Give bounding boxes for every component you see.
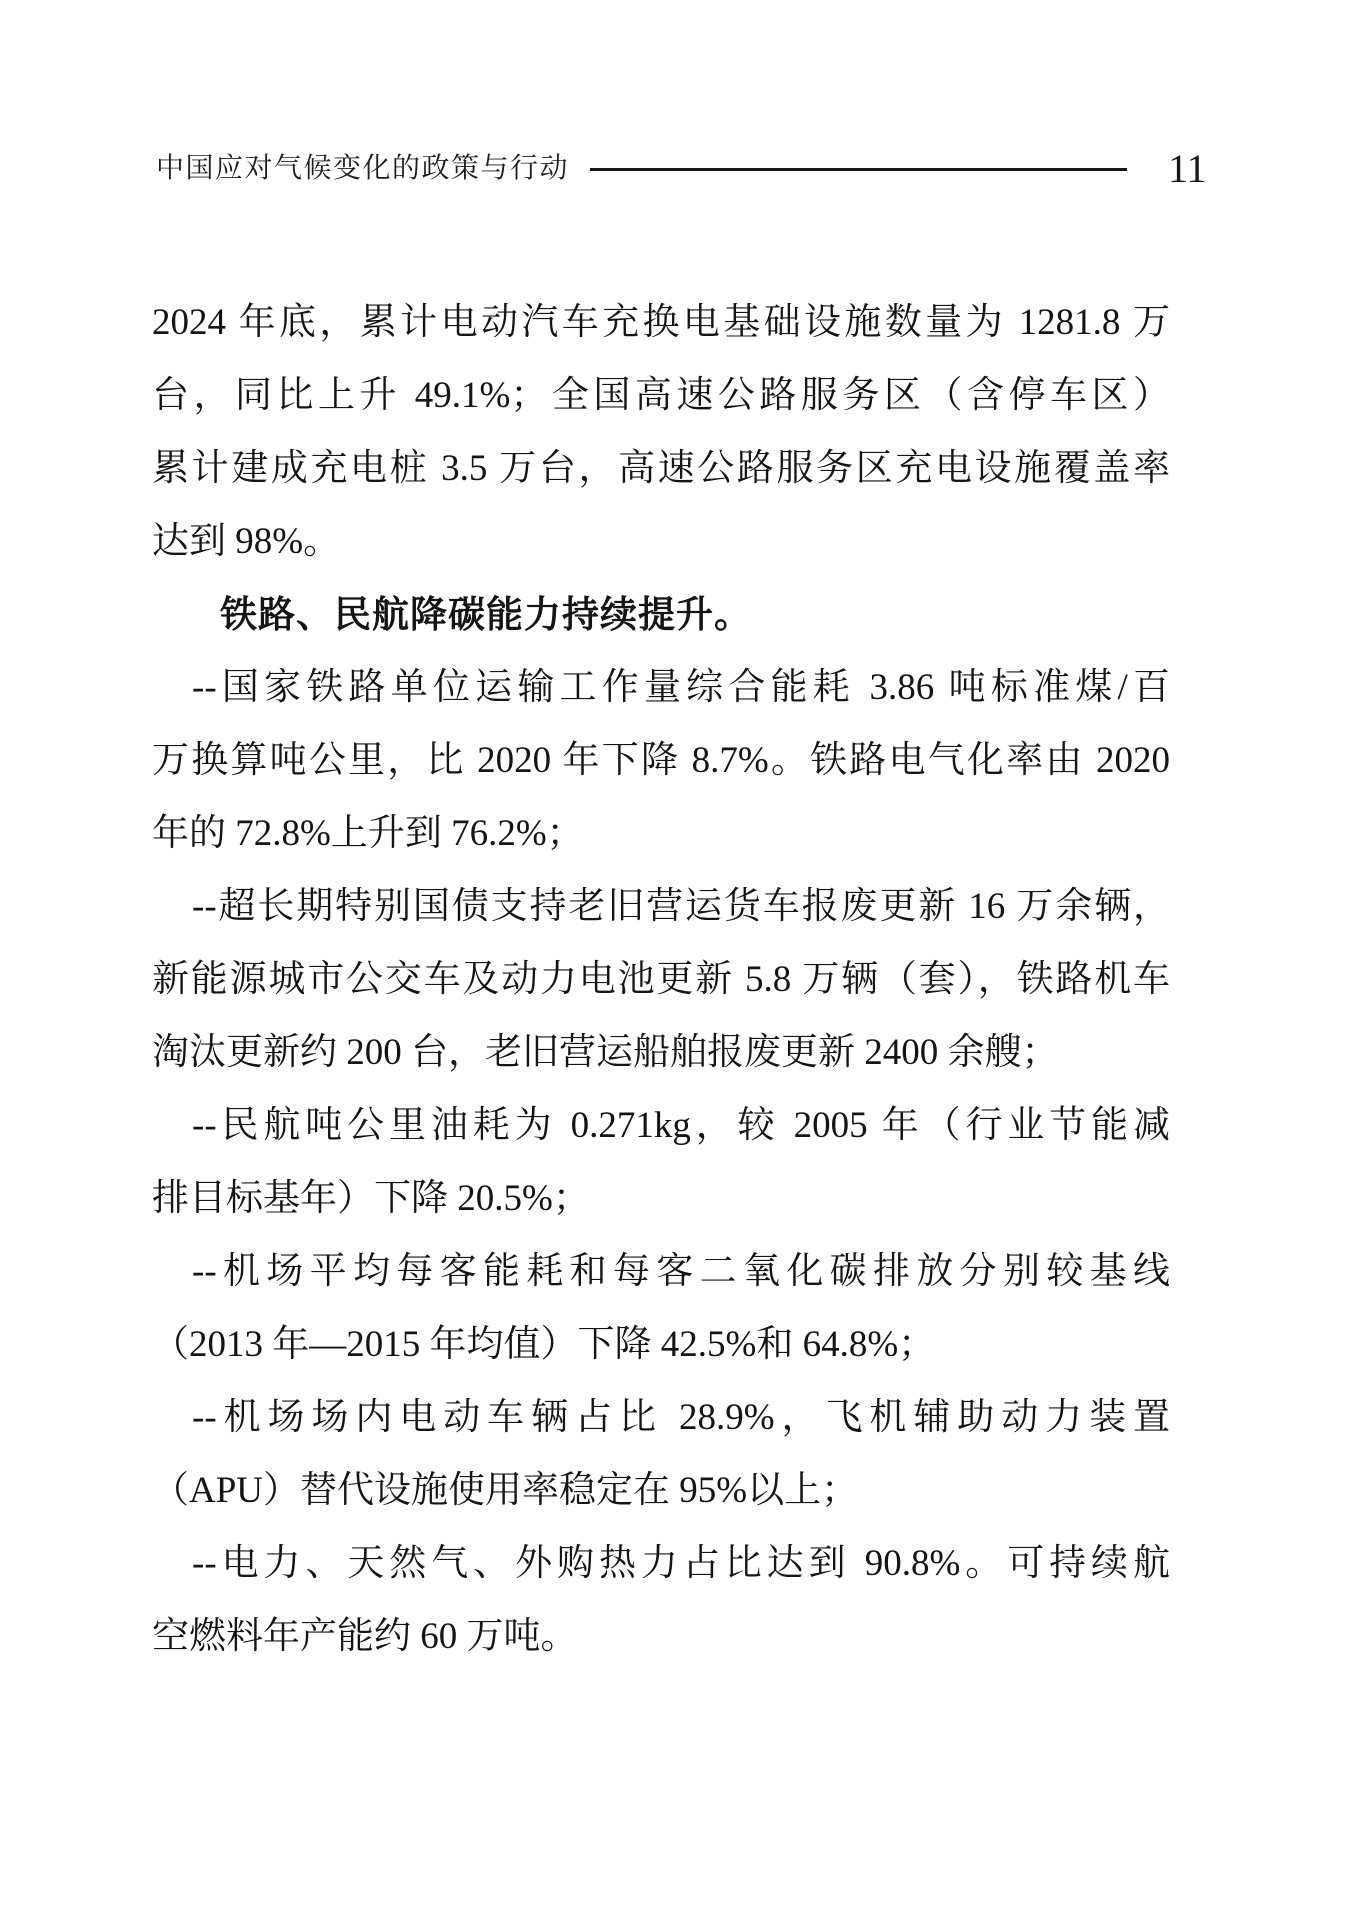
body-line: --机场平均每客能耗和每客二氧化碳排放分别较基线	[152, 1235, 1170, 1308]
body-line: 排目标基年）下降 20.5%；	[152, 1162, 1170, 1235]
header-title: 中国应对气候变化的政策与行动	[156, 152, 569, 184]
body-line: --民航吨公里油耗为 0.271kg，较 2005 年（行业节能减	[152, 1089, 1170, 1162]
body-line: 新能源城市公交车及动力电池更新 5.8 万辆（套），铁路机车	[152, 943, 1170, 1016]
body-line: 空燃料年产能约 60 万吨。	[152, 1600, 1170, 1673]
body-line: （APU）替代设施使用率稳定在 95%以上；	[152, 1454, 1170, 1527]
body-line: --国家铁路单位运输工作量综合能耗 3.86 吨标准煤/百	[152, 651, 1170, 724]
section-heading: 铁路、民航降碳能力持续提升。	[152, 578, 1170, 651]
body-line: 达到 98%。	[152, 505, 1170, 578]
body-line: 万换算吨公里，比 2020 年下降 8.7%。铁路电气化率由 2020	[152, 724, 1170, 797]
header-rule	[590, 168, 1127, 171]
body-line: 2024 年底，累计电动汽车充换电基础设施数量为 1281.8 万	[152, 286, 1170, 359]
body-line: --电力、天然气、外购热力占比达到 90.8%。可持续航	[152, 1527, 1170, 1600]
body-line: 淘汰更新约 200 台，老旧营运船舶报废更新 2400 余艘；	[152, 1016, 1170, 1089]
body-line: --超长期特别国债支持老旧营运货车报废更新 16 万余辆，	[152, 870, 1170, 943]
body-line: 台，同比上升 49.1%；全国高速公路服务区（含停车区）	[152, 359, 1170, 432]
body-line: 累计建成充电桩 3.5 万台，高速公路服务区充电设施覆盖率	[152, 432, 1170, 505]
document-page: 中国应对气候变化的政策与行动 11 2024 年底，累计电动汽车充换电基础设施数…	[0, 0, 1359, 1920]
document-body: 2024 年底，累计电动汽车充换电基础设施数量为 1281.8 万 台，同比上升…	[152, 286, 1170, 1673]
body-line: （2013 年—2015 年均值）下降 42.5%和 64.8%；	[152, 1308, 1170, 1381]
body-line: 年的 72.8%上升到 76.2%；	[152, 797, 1170, 870]
body-line: --机场场内电动车辆占比 28.9%，飞机辅助动力装置	[152, 1381, 1170, 1454]
page-number: 11	[1168, 149, 1207, 189]
